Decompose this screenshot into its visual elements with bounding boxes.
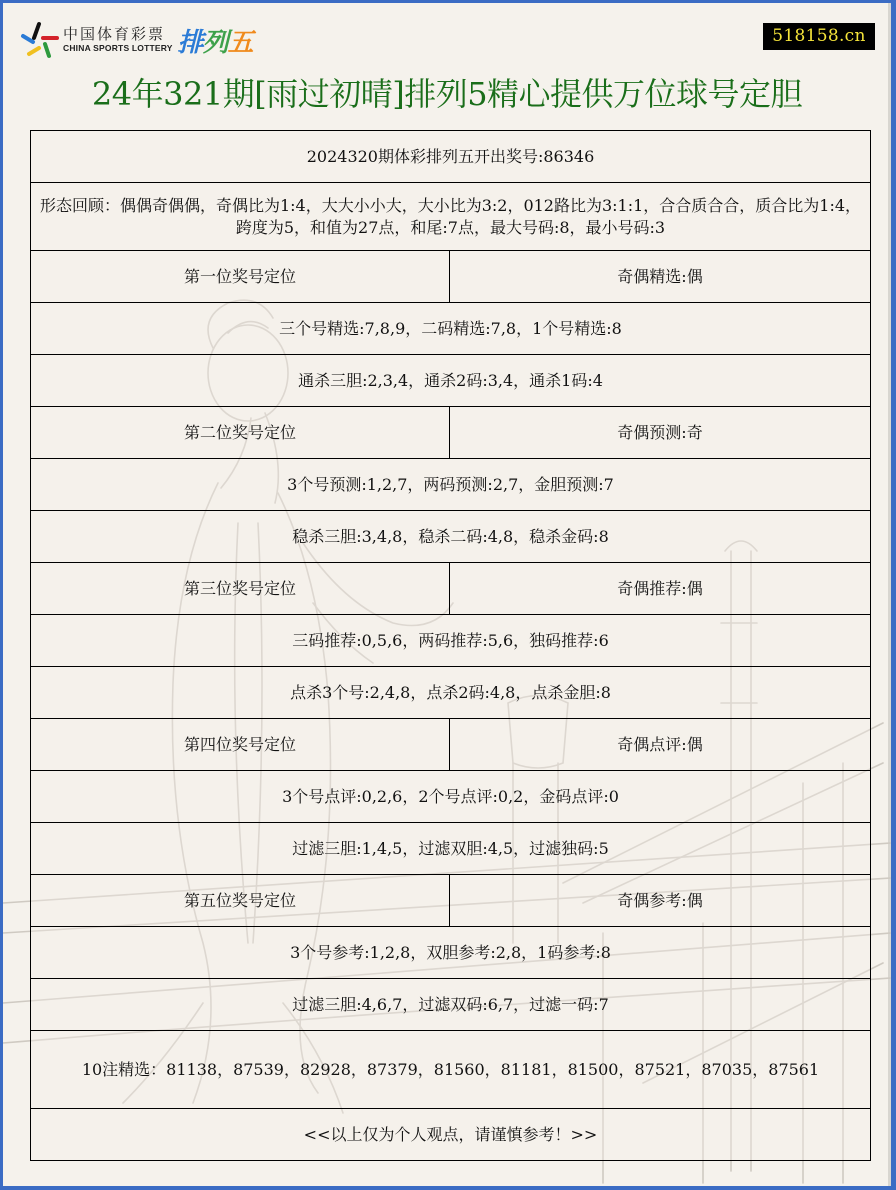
position-label-cell: 第一位奖号定位 [31, 251, 450, 303]
pailie5-game-logo: 排 列 五 [178, 22, 253, 59]
parity-cell: 奇偶点评:偶 [450, 719, 871, 771]
table-row: 三码推荐:0,5,6，两码推荐:5,6，独码推荐:6 [31, 615, 871, 667]
parity-cell: 奇偶推荐:偶 [450, 563, 871, 615]
table-row: 通杀三胆:2,3,4，通杀2码:3,4，通杀1码:4 [31, 355, 871, 407]
kill-cell: 过滤三胆:4,6,7，过滤双码:6,7，过滤一码:7 [31, 979, 871, 1031]
table-row: 稳杀三胆:3,4,8，稳杀二码:4,8，稳杀金码:8 [31, 511, 871, 563]
position-label-cell: 第二位奖号定位 [31, 407, 450, 459]
site-domain-badge: 518158.cn [763, 23, 875, 50]
table-row: 第五位奖号定位 奇偶参考:偶 [31, 875, 871, 927]
disclaimer-cell: <<以上仅为个人观点，请谨慎参考！>> [31, 1109, 871, 1161]
table-row: 3个号点评:0,2,6，2个号点评:0,2，金码点评:0 [31, 771, 871, 823]
page-frame: 中国体育彩票 CHINA SPORTS LOTTERY 排 列 五 518158… [3, 3, 891, 1186]
game-char-1: 排 [178, 22, 203, 59]
selection-cell: 3个号参考:1,2,8，双胆参考:2,8，1码参考:8 [31, 927, 871, 979]
selection-cell: 3个号点评:0,2,6，2个号点评:0,2，金码点评:0 [31, 771, 871, 823]
kill-cell: 点杀3个号:2,4,8，点杀2码:4,8，点杀金胆:8 [31, 667, 871, 719]
selection-cell: 三个号精选:7,8,9，二码精选:7,8，1个号精选:8 [31, 303, 871, 355]
game-char-3: 五 [228, 22, 253, 59]
position-label-cell: 第三位奖号定位 [31, 563, 450, 615]
table-row: 过滤三胆:4,6,7，过滤双码:6,7，过滤一码:7 [31, 979, 871, 1031]
kill-cell: 通杀三胆:2,3,4，通杀2码:3,4，通杀1码:4 [31, 355, 871, 407]
table-row: 形态回顾：偶偶奇偶偶，奇偶比为1:4，大大小小大，大小比为3:2，012路比为3… [31, 183, 871, 251]
logo-text: 中国体育彩票 CHINA SPORTS LOTTERY [63, 26, 173, 54]
lottery-star-icon [19, 20, 59, 60]
table-row: 第一位奖号定位 奇偶精选:偶 [31, 251, 871, 303]
table-row: 第三位奖号定位 奇偶推荐:偶 [31, 563, 871, 615]
page-title: 24年321期[雨过初晴]排列5精心提供万位球号定胆 [3, 69, 891, 119]
table-row: 3个号参考:1,2,8，双胆参考:2,8，1码参考:8 [31, 927, 871, 979]
table-row: 10注精选：81138，87539，82928，87379，81560，8118… [31, 1031, 871, 1109]
table-row: 点杀3个号:2,4,8，点杀2码:4,8，点杀金胆:8 [31, 667, 871, 719]
logo-chinese-name: 中国体育彩票 [63, 26, 173, 43]
table-row: 三个号精选:7,8,9，二码精选:7,8，1个号精选:8 [31, 303, 871, 355]
pattern-review-cell: 形态回顾：偶偶奇偶偶，奇偶比为1:4，大大小小大，大小比为3:2，012路比为3… [31, 183, 871, 251]
table-row: 3个号预测:1,2,7，两码预测:2,7，金胆预测:7 [31, 459, 871, 511]
prediction-table: 2024320期体彩排列五开出奖号:86346 形态回顾：偶偶奇偶偶，奇偶比为1… [30, 130, 871, 1161]
header: 中国体育彩票 CHINA SPORTS LOTTERY 排 列 五 518158… [3, 3, 891, 63]
table-row: 第四位奖号定位 奇偶点评:偶 [31, 719, 871, 771]
logo-english-name: CHINA SPORTS LOTTERY [63, 43, 173, 54]
kill-cell: 稳杀三胆:3,4,8，稳杀二码:4,8，稳杀金码:8 [31, 511, 871, 563]
parity-cell: 奇偶预测:奇 [450, 407, 871, 459]
ten-picks-cell: 10注精选：81138，87539，82928，87379，81560，8118… [31, 1031, 871, 1109]
table-row: 2024320期体彩排列五开出奖号:86346 [31, 131, 871, 183]
selection-cell: 3个号预测:1,2,7，两码预测:2,7，金胆预测:7 [31, 459, 871, 511]
draw-result-cell: 2024320期体彩排列五开出奖号:86346 [31, 131, 871, 183]
game-char-2: 列 [203, 22, 228, 59]
table-row: <<以上仅为个人观点，请谨慎参考！>> [31, 1109, 871, 1161]
position-label-cell: 第四位奖号定位 [31, 719, 450, 771]
kill-cell: 过滤三胆:1,4,5，过滤双胆:4,5，过滤独码:5 [31, 823, 871, 875]
selection-cell: 三码推荐:0,5,6，两码推荐:5,6，独码推荐:6 [31, 615, 871, 667]
china-sports-lottery-logo: 中国体育彩票 CHINA SPORTS LOTTERY 排 列 五 [19, 20, 253, 60]
table-row: 第二位奖号定位 奇偶预测:奇 [31, 407, 871, 459]
position-label-cell: 第五位奖号定位 [31, 875, 450, 927]
parity-cell: 奇偶精选:偶 [450, 251, 871, 303]
table-row: 过滤三胆:1,4,5，过滤双胆:4,5，过滤独码:5 [31, 823, 871, 875]
parity-cell: 奇偶参考:偶 [450, 875, 871, 927]
